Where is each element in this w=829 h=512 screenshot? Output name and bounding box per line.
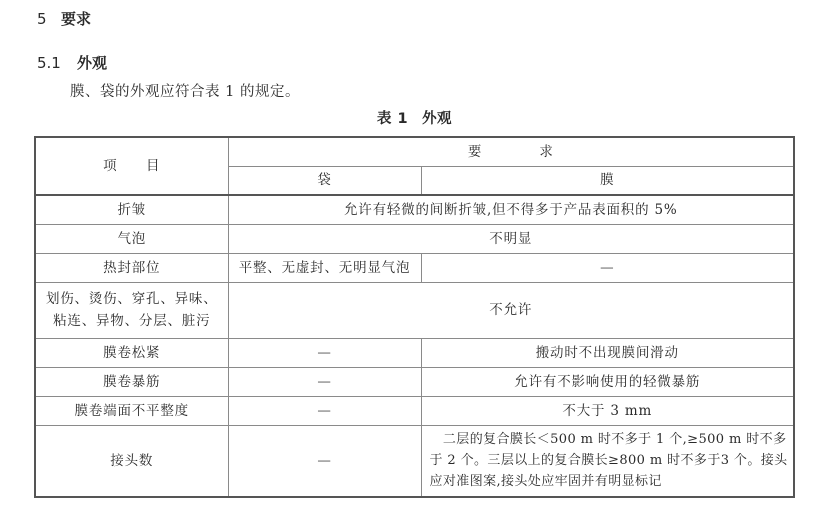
row-bag-value: —	[228, 367, 421, 396]
row-bag-value: —	[228, 338, 421, 367]
header-requirement: 要 求	[228, 137, 794, 166]
row-film-value: 不大于 3 mm	[421, 396, 794, 425]
row-item: 膜卷端面不平整度	[35, 396, 228, 425]
table-row: 接头数 — 二层的复合膜长＜500 m 时不多于 1 个,≥500 m 时不多于…	[35, 425, 794, 497]
row-film-value: —	[421, 253, 794, 282]
row-item: 接头数	[35, 425, 228, 497]
table-row: 热封部位 平整、无虚封、无明显气泡 —	[35, 253, 794, 282]
header-row-1: 项 目 要 求	[35, 137, 794, 166]
row-merged-value: 不允许	[228, 282, 794, 338]
row-film-value: 搬动时不出现膜间滑动	[421, 338, 794, 367]
table-row: 划伤、烫伤、穿孔、异味、粘连、异物、分层、脏污 不允许	[35, 282, 794, 338]
table-row: 膜卷松紧 — 搬动时不出现膜间滑动	[35, 338, 794, 367]
row-merged-value: 不明显	[228, 224, 794, 253]
row-merged-value: 允许有轻微的间断折皱,但不得多于产品表面积的 5%	[228, 195, 794, 224]
row-bag-value: —	[228, 425, 421, 497]
row-bag-value: 平整、无虚封、无明显气泡	[228, 253, 421, 282]
header-bag: 袋	[228, 166, 421, 195]
row-bag-value: —	[228, 396, 421, 425]
row-item: 热封部位	[35, 253, 228, 282]
header-film: 膜	[421, 166, 794, 195]
section-title: 要求	[61, 10, 91, 28]
row-item: 划伤、烫伤、穿孔、异味、粘连、异物、分层、脏污	[35, 282, 228, 338]
section-heading: 5要求	[37, 8, 91, 29]
row-item: 折皱	[35, 195, 228, 224]
subsection-heading: 5.1外观	[37, 52, 107, 73]
row-item: 气泡	[35, 224, 228, 253]
table-caption-title: 外观	[422, 111, 452, 127]
table-row: 膜卷端面不平整度 — 不大于 3 mm	[35, 396, 794, 425]
section-number: 5	[37, 10, 61, 28]
subsection-number: 5.1	[37, 54, 77, 72]
row-item: 膜卷松紧	[35, 338, 228, 367]
row-film-value: 允许有不影响使用的轻微暴筋	[421, 367, 794, 396]
table-row: 气泡 不明显	[35, 224, 794, 253]
header-item: 项 目	[35, 137, 228, 195]
table-row: 膜卷暴筋 — 允许有不影响使用的轻微暴筋	[35, 367, 794, 396]
row-film-value: 二层的复合膜长＜500 m 时不多于 1 个,≥500 m 时不多于 2 个。三…	[421, 425, 794, 497]
subsection-title: 外观	[77, 54, 107, 72]
table-caption-number: 表 1	[377, 111, 408, 127]
body-paragraph: 膜、袋的外观应符合表 1 的规定。	[70, 80, 300, 101]
table-row: 折皱 允许有轻微的间断折皱,但不得多于产品表面积的 5%	[35, 195, 794, 224]
row-item: 膜卷暴筋	[35, 367, 228, 396]
table-caption: 表 1外观	[0, 107, 829, 128]
appearance-table: 项 目 要 求 袋 膜 折皱 允许有轻微的间断折皱,但不得多于产品表面积的 5%…	[34, 136, 795, 498]
